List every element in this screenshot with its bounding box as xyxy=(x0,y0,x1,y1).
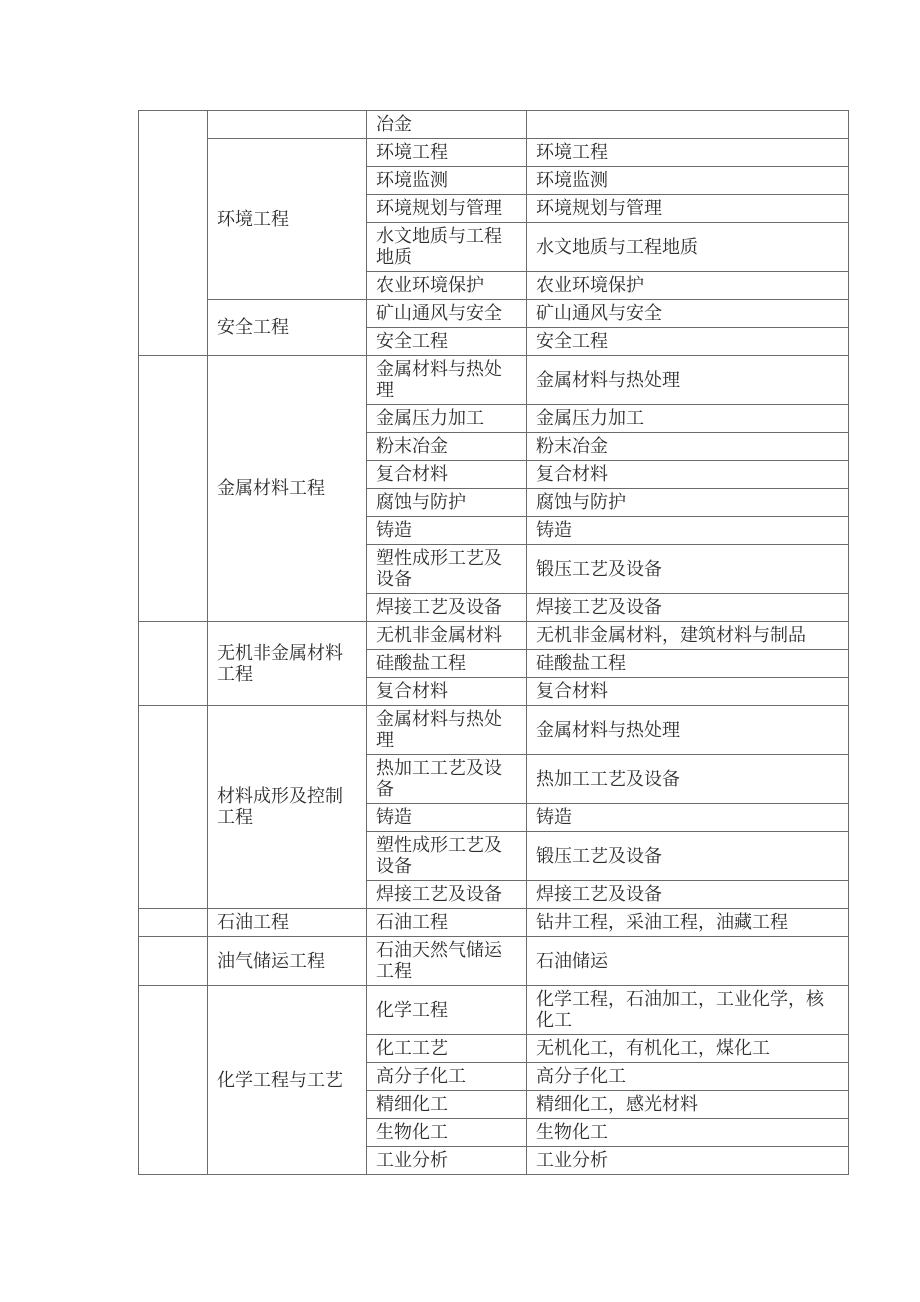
category-cell: 油气储运工程 xyxy=(208,937,367,986)
majors-cell: 农业环境保护 xyxy=(527,272,849,300)
sub-major-cell: 工业分析 xyxy=(367,1147,527,1175)
category-cell: 无机非金属材料工程 xyxy=(208,622,367,706)
sub-major-cell: 无机非金属材料 xyxy=(367,622,527,650)
category-cell xyxy=(208,111,367,139)
sub-major-cell: 环境规划与管理 xyxy=(367,195,527,223)
majors-cell: 焊接工艺及设备 xyxy=(527,594,849,622)
table-row: 石油工程石油工程钻井工程，采油工程，油藏工程 xyxy=(139,909,849,937)
table-row: 油气储运工程石油天然气储运工程石油储运 xyxy=(139,937,849,986)
table-row: 环境工程环境工程环境工程 xyxy=(139,139,849,167)
sub-major-cell: 焊接工艺及设备 xyxy=(367,881,527,909)
majors-cell: 高分子化工 xyxy=(527,1063,849,1091)
sub-major-cell: 金属压力加工 xyxy=(367,405,527,433)
sub-major-cell: 腐蚀与防护 xyxy=(367,489,527,517)
table-row: 冶金 xyxy=(139,111,849,139)
spacer-cell xyxy=(139,937,208,986)
sub-major-cell: 粉末冶金 xyxy=(367,433,527,461)
sub-major-cell: 冶金 xyxy=(367,111,527,139)
majors-cell: 金属材料与热处理 xyxy=(527,706,849,755)
sub-major-cell: 铸造 xyxy=(367,517,527,545)
sub-major-cell: 热加工工艺及设备 xyxy=(367,755,527,804)
sub-major-cell: 环境工程 xyxy=(367,139,527,167)
sub-major-cell: 复合材料 xyxy=(367,461,527,489)
majors-cell: 锻压工艺及设备 xyxy=(527,545,849,594)
majors-cell: 锻压工艺及设备 xyxy=(527,832,849,881)
majors-cell: 硅酸盐工程 xyxy=(527,650,849,678)
majors-cell: 矿山通风与安全 xyxy=(527,300,849,328)
majors-cell: 精细化工，感光材料 xyxy=(527,1091,849,1119)
majors-cell: 金属材料与热处理 xyxy=(527,356,849,405)
majors-cell: 金属压力加工 xyxy=(527,405,849,433)
document-page: 冶金环境工程环境工程环境工程环境监测环境监测环境规划与管理环境规划与管理水文地质… xyxy=(0,0,920,1302)
sub-major-cell: 精细化工 xyxy=(367,1091,527,1119)
sub-major-cell: 农业环境保护 xyxy=(367,272,527,300)
sub-major-cell: 高分子化工 xyxy=(367,1063,527,1091)
majors-cell: 环境工程 xyxy=(527,139,849,167)
sub-major-cell: 金属材料与热处理 xyxy=(367,356,527,405)
majors-cell: 石油储运 xyxy=(527,937,849,986)
majors-cell xyxy=(527,111,849,139)
category-cell: 石油工程 xyxy=(208,909,367,937)
spacer-cell xyxy=(139,986,208,1175)
majors-cell: 化学工程，石油加工，工业化学，核化工 xyxy=(527,986,849,1035)
majors-table: 冶金环境工程环境工程环境工程环境监测环境监测环境规划与管理环境规划与管理水文地质… xyxy=(138,110,849,1175)
majors-cell: 铸造 xyxy=(527,517,849,545)
majors-cell: 铸造 xyxy=(527,804,849,832)
majors-cell: 工业分析 xyxy=(527,1147,849,1175)
sub-major-cell: 石油工程 xyxy=(367,909,527,937)
spacer-cell xyxy=(139,111,208,356)
table-row: 无机非金属材料工程无机非金属材料无机非金属材料，建筑材料与制品 xyxy=(139,622,849,650)
sub-major-cell: 焊接工艺及设备 xyxy=(367,594,527,622)
sub-major-cell: 化工工艺 xyxy=(367,1035,527,1063)
majors-cell: 环境监测 xyxy=(527,167,849,195)
majors-cell: 环境规划与管理 xyxy=(527,195,849,223)
table-row: 金属材料工程金属材料与热处理金属材料与热处理 xyxy=(139,356,849,405)
table-row: 安全工程矿山通风与安全矿山通风与安全 xyxy=(139,300,849,328)
sub-major-cell: 金属材料与热处理 xyxy=(367,706,527,755)
spacer-cell xyxy=(139,909,208,937)
majors-cell: 腐蚀与防护 xyxy=(527,489,849,517)
category-cell: 环境工程 xyxy=(208,139,367,300)
majors-table-body: 冶金环境工程环境工程环境工程环境监测环境监测环境规划与管理环境规划与管理水文地质… xyxy=(139,111,849,1175)
spacer-cell xyxy=(139,356,208,622)
spacer-cell xyxy=(139,706,208,909)
majors-cell: 复合材料 xyxy=(527,461,849,489)
category-cell: 材料成形及控制工程 xyxy=(208,706,367,909)
majors-cell: 无机化工，有机化工，煤化工 xyxy=(527,1035,849,1063)
sub-major-cell: 矿山通风与安全 xyxy=(367,300,527,328)
majors-cell: 无机非金属材料，建筑材料与制品 xyxy=(527,622,849,650)
majors-cell: 生物化工 xyxy=(527,1119,849,1147)
majors-cell: 焊接工艺及设备 xyxy=(527,881,849,909)
sub-major-cell: 安全工程 xyxy=(367,328,527,356)
majors-cell: 热加工工艺及设备 xyxy=(527,755,849,804)
sub-major-cell: 硅酸盐工程 xyxy=(367,650,527,678)
sub-major-cell: 化学工程 xyxy=(367,986,527,1035)
majors-cell: 水文地质与工程地质 xyxy=(527,223,849,272)
majors-cell: 粉末冶金 xyxy=(527,433,849,461)
sub-major-cell: 塑性成形工艺及设备 xyxy=(367,545,527,594)
sub-major-cell: 环境监测 xyxy=(367,167,527,195)
spacer-cell xyxy=(139,622,208,706)
sub-major-cell: 铸造 xyxy=(367,804,527,832)
majors-cell: 安全工程 xyxy=(527,328,849,356)
sub-major-cell: 生物化工 xyxy=(367,1119,527,1147)
sub-major-cell: 复合材料 xyxy=(367,678,527,706)
majors-cell: 复合材料 xyxy=(527,678,849,706)
majors-cell: 钻井工程，采油工程，油藏工程 xyxy=(527,909,849,937)
category-cell: 金属材料工程 xyxy=(208,356,367,622)
category-cell: 化学工程与工艺 xyxy=(208,986,367,1175)
sub-major-cell: 石油天然气储运工程 xyxy=(367,937,527,986)
table-row: 化学工程与工艺化学工程化学工程，石油加工，工业化学，核化工 xyxy=(139,986,849,1035)
category-cell: 安全工程 xyxy=(208,300,367,356)
sub-major-cell: 塑性成形工艺及设备 xyxy=(367,832,527,881)
table-row: 材料成形及控制工程金属材料与热处理金属材料与热处理 xyxy=(139,706,849,755)
sub-major-cell: 水文地质与工程地质 xyxy=(367,223,527,272)
